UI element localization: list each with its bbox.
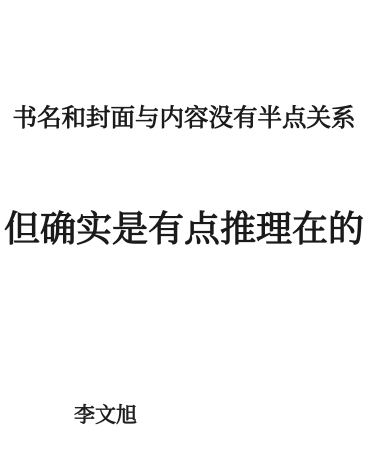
book-cover: 书名和封面与内容没有半点关系 但确实是有点推理在的 李文旭 (0, 0, 368, 460)
cover-title-text: 但确实是有点推理在的 (0, 206, 368, 253)
author-name-text: 李文旭 (74, 403, 137, 428)
cover-subtitle-text: 书名和封面与内容没有半点关系 (0, 103, 368, 135)
